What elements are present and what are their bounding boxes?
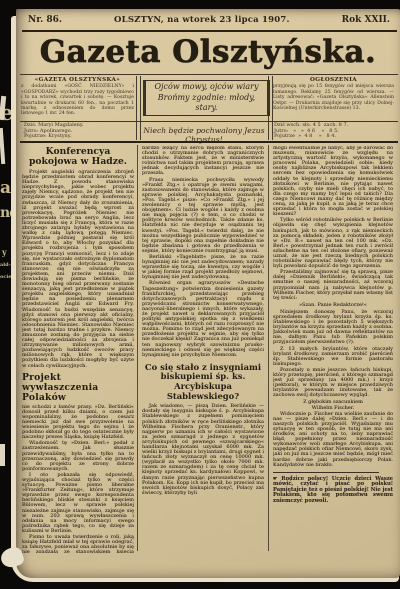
motto-line: Brońmy zgodnie: młody, stary.	[146, 93, 267, 114]
article-block: Z 13 małych brylantów, które otaczały br…	[273, 347, 393, 367]
adjacent-page-text-fragment: y	[2, 247, 7, 257]
sun-time-line: Pojutrze » 4 8 » 8 4.	[274, 134, 394, 140]
article-block: ☛ Rodzice polscy! Uczcie dzieci Wasze mó…	[273, 477, 393, 505]
article-block: Wilhelm Fischer.	[273, 406, 393, 411]
motto-box: Ojców mowy, ojców wiary Brońmy zgodnie: …	[143, 80, 270, 116]
article-block: Prasa niemiecka pochwyciła wywody »Frank…	[142, 178, 264, 254]
article-block: bardzo leżący na sercu mężom stanu, któr…	[142, 146, 264, 177]
page-header-row: Nr. 86. OLSZTYN, na wtorek 23 lipca 1907…	[28, 15, 390, 25]
article-block: Konferencya pokojowa w Hadze.	[22, 147, 134, 167]
dateline: OLSZTYN, na wtorek 23 lipca 1907.	[62, 15, 342, 25]
article-column-1: Konferencya pokojowa w Hadze.Projekt ang…	[22, 146, 134, 553]
newspaper-scan: e!aneyald-ocie Nr. 86. OLSZTYN, na wtore…	[0, 0, 400, 589]
article-block: Projekt wywłaszczenia Polaków	[22, 373, 134, 403]
article-column-2: bardzo leżący na sercu mężom stanu, któr…	[142, 146, 264, 553]
columns-top-rule	[20, 141, 398, 143]
masthead-title: Gazeta Olsztyńska.	[16, 32, 400, 72]
advertising-info-box: OGŁOSZENIA przyjmują się po 15 fenygów o…	[273, 78, 394, 111]
saints-day-line: Pojutrze: Krystyny.	[24, 134, 134, 140]
article-block: Co się stało z insygniami biskupiemi śp.…	[144, 363, 262, 401]
article-block: Niniejszem donoszę Panu, że wczoraj sprz…	[273, 310, 393, 346]
adjacent-page-text-fragment: ald-	[0, 262, 11, 268]
saints-days: Dziś: Maryi Magdaleny.Jutro: Apolinarego…	[24, 123, 134, 140]
adjacent-page-text-fragment: a	[0, 178, 11, 198]
article-block: nie schodzi z łamów prasy. »Dz. Berlińsk…	[22, 405, 134, 441]
motto-line: Ojców mowy, ojców wiary	[146, 82, 267, 93]
sun-times: Dziś wsch. sło. 4 5 zach. 8 7.Jutro: » »…	[274, 123, 394, 140]
article-block: Pozostały u mnie jeszcze: łańcuch biskup…	[273, 368, 393, 399]
ads-heading: OGŁOSZENIA	[273, 78, 394, 83]
article-block: Wiadomość tę »Dzien. Berl.« podał z zast…	[22, 441, 134, 472]
adjacent-page-text-fragment: ocie	[0, 274, 11, 280]
article-block: Pismo to uważa twierdzenie o roli, jaką …	[22, 535, 134, 553]
subscription-info-box: «GAZETA OLSZTYŃSKA» z dodatkami «GOŚĆ NI…	[21, 78, 134, 117]
article-column-3: mogli ewentualnie je nabyć, aby je darow…	[273, 146, 393, 553]
volume-number: Rok XXII.	[342, 15, 390, 25]
article-block: Projekt angielski ograniczenia zbrojeń b…	[22, 170, 134, 369]
article-block: I oto pokazała się odpowiedź, wyjaśniają…	[22, 473, 134, 534]
paper-scrap	[0, 444, 5, 466]
article-block: »Szan. Panie Redaktorze!«	[273, 303, 393, 308]
newspaper-page: Nr. 86. OLSZTYN, na wtorek 23 lipca 1907…	[16, 9, 400, 578]
subscription-text: z dodatkami «GOŚĆ NIEDZIELNY» i «GOSPODA…	[21, 84, 134, 116]
article-block: Również organ agraryuszów »Deutsche Tage…	[142, 281, 264, 357]
article-block: Jak wiadomo, — piszą Dzien. Berlińskie —…	[142, 404, 264, 496]
column-divider	[137, 145, 138, 551]
article-block: mogli ewentualnie je nabyć, aby je darow…	[273, 146, 393, 217]
article-block: Berliński »Tageblatt« pisze, że na razie…	[142, 255, 264, 280]
issue-number: Nr. 86.	[28, 15, 62, 25]
column-divider	[268, 145, 269, 551]
article-block: Tylko wśród robotników polskich w Berlin…	[273, 218, 393, 269]
ads-text: przyjmują się po 15 fenygów od miejsca w…	[273, 84, 394, 111]
article-block: Przestaliśmy zajmować się tą sprawą, pis…	[273, 270, 393, 301]
title-rule	[20, 74, 398, 75]
article-block	[273, 472, 379, 473]
subscription-heading: «GAZETA OLSZTYŃSKA»	[21, 78, 134, 83]
article-block: Z głębokim szacunkiem	[273, 400, 393, 405]
article-block: Widocznie p. Fischer ma wielkie zaufanie…	[273, 412, 393, 468]
